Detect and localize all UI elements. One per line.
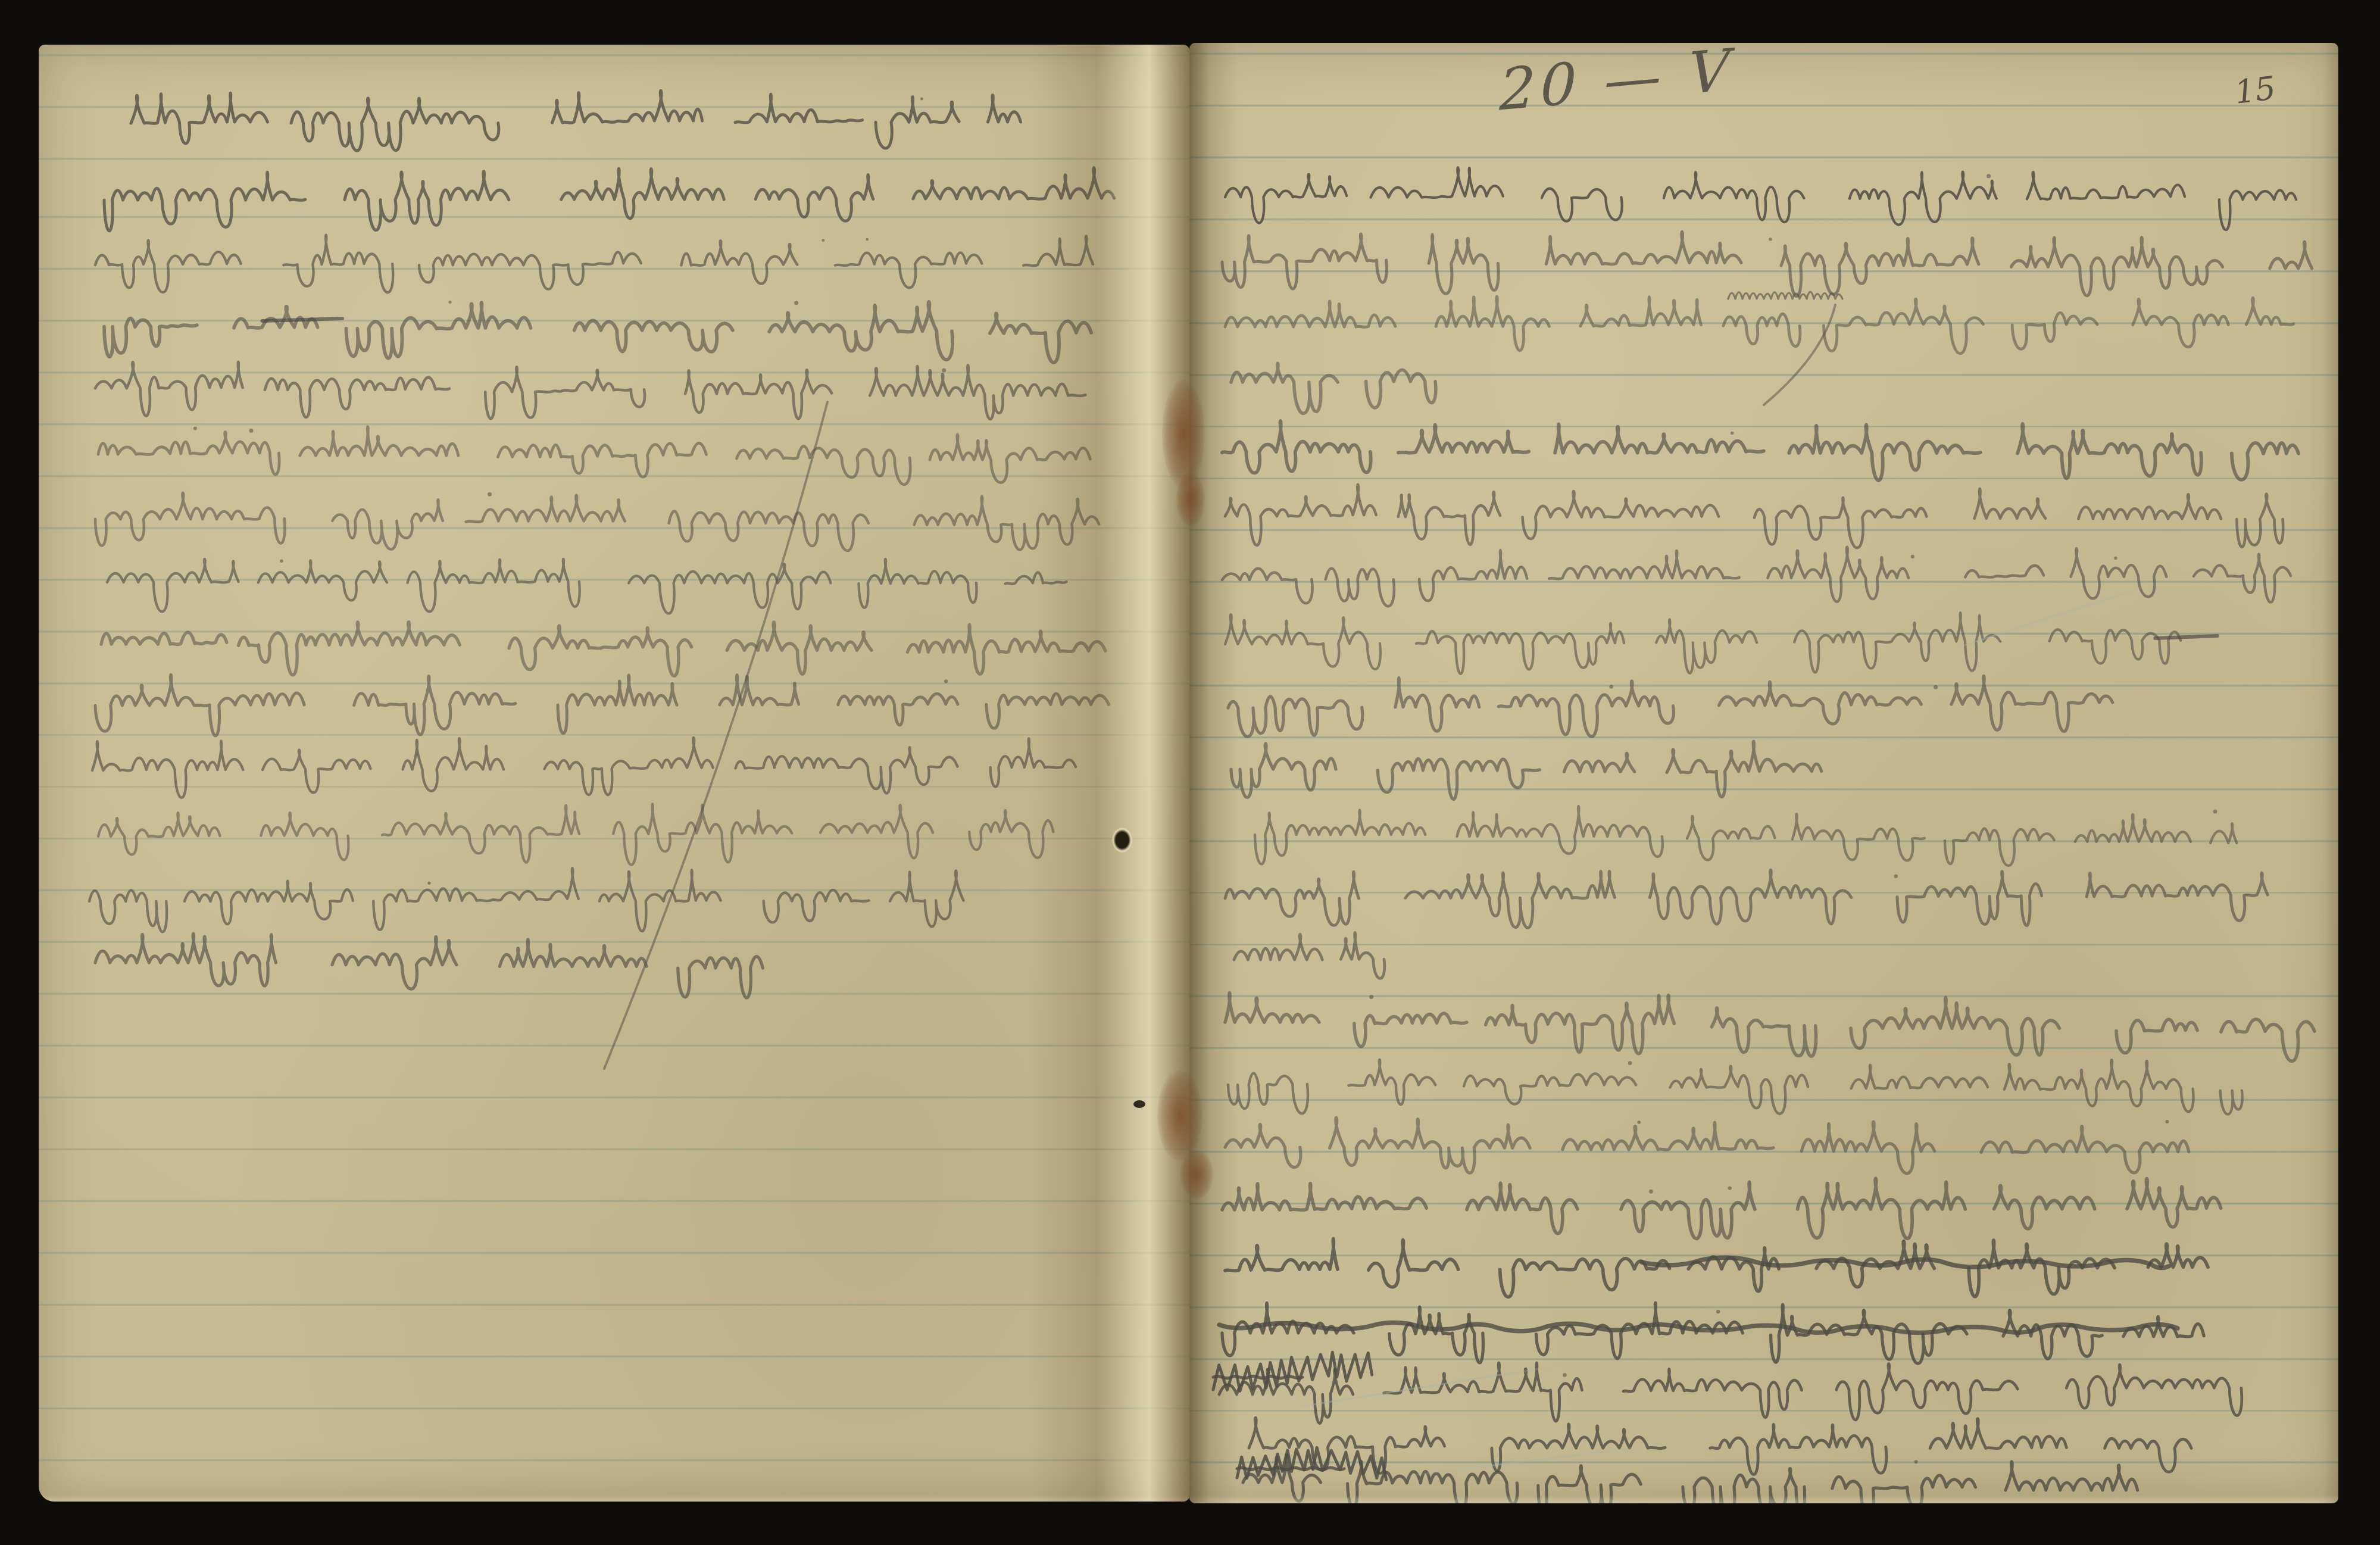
paper-hole: [1112, 828, 1132, 853]
handwriting-left: [39, 45, 1189, 1502]
notebook-scan: 20 — V 15: [0, 0, 2380, 1545]
notebook-page-left: [39, 45, 1189, 1502]
handwriting-right: [1189, 43, 2338, 1503]
notebook-page-right: 20 — V 15: [1189, 43, 2338, 1503]
paper-speck: [1133, 1100, 1145, 1108]
